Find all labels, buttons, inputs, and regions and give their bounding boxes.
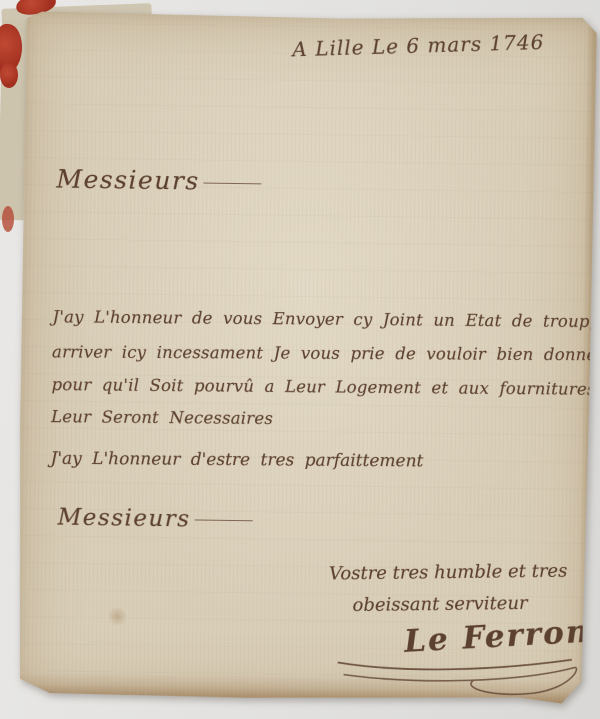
signature-flourish [333,650,584,697]
body-line: arriver icy incessament Je vous prie de … [52,342,600,364]
body-line: Leur Seront Necessaires [51,407,273,428]
paper-sheet: A Lille Le 6 mars 1746 Messieurs J'ay L'… [15,10,597,706]
wax-seal-icon [2,206,14,232]
salutation-repeat: Messieurs [58,505,253,534]
pen-flourish [195,519,253,521]
pen-flourish [204,183,262,185]
salutation-text: Messieurs [58,505,191,533]
wax-seal-icon [0,62,18,88]
closing-line: Vostre tres humble et tres [329,561,568,585]
closing-line: obeissant serviteur [352,593,527,616]
letter-photograph: A Lille Le 6 mars 1746 Messieurs J'ay L'… [0,0,600,719]
letter-paper: A Lille Le 6 mars 1746 Messieurs J'ay L'… [15,10,597,706]
salutation-text: Messieurs [56,165,200,196]
salutation: Messieurs [56,165,262,197]
compliment-line: J'ay L'honneur d'estre tres parfaittemen… [51,449,424,472]
